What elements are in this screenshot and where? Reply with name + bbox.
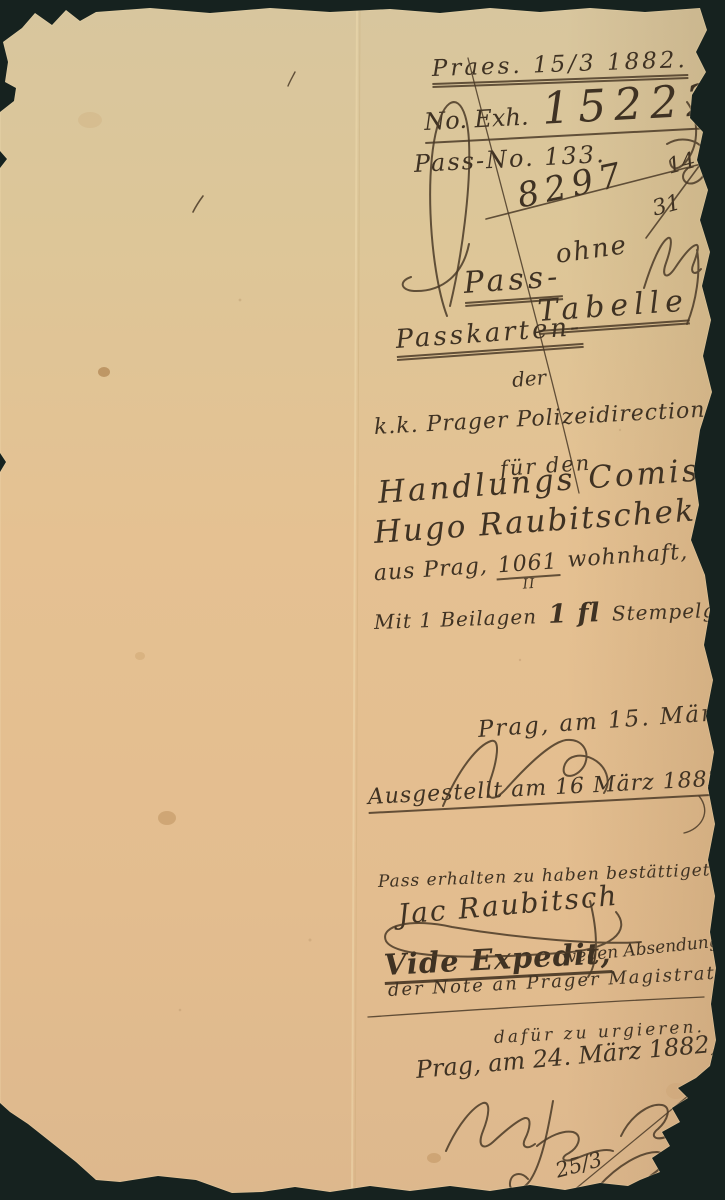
- address-prefix: aus Prag,: [373, 553, 489, 586]
- district-number: II: [522, 578, 536, 592]
- exhibit-label: No. Exh.: [424, 105, 530, 136]
- stamp-fee: 1 fl: [544, 598, 605, 630]
- handwriting-layer: Praes. 15/3 1882. No. Exh. 15222 Pass-No…: [0, 0, 725, 1200]
- issuer-line: k.k. Prager Polizeidirection: [373, 399, 706, 439]
- address-suffix: wohnhaft,: [567, 539, 689, 572]
- enclosures-line: Mit 1 Beilagen 1 fl Stempelgebühr: [374, 594, 725, 635]
- house-number-fraction: 1061 II: [495, 552, 561, 593]
- word-der: der: [511, 367, 547, 391]
- exhibit-number: 15222: [541, 77, 723, 133]
- issue-place-date: Prag, am 15. März 1882: [477, 695, 725, 742]
- ausgestellt-line: Ausgestellt am 16 März 1882.: [367, 767, 725, 814]
- title-passkarten: Passkarten-: [395, 314, 584, 361]
- enclosures-prefix: Mit 1 Beilagen: [374, 604, 538, 634]
- exhibit-number-line: No. Exh. 15222: [423, 77, 724, 144]
- enclosures-suffix: Stempelgebühr: [612, 596, 725, 626]
- ohne-note: ohne: [554, 232, 630, 269]
- fraction-denominator: 31: [650, 191, 683, 221]
- fraction-numerator: 14: [665, 149, 698, 179]
- document-scan: Praes. 15/3 1882. No. Exh. 15222 Pass-No…: [0, 0, 725, 1200]
- footer-date-note: 25/3: [553, 1148, 604, 1182]
